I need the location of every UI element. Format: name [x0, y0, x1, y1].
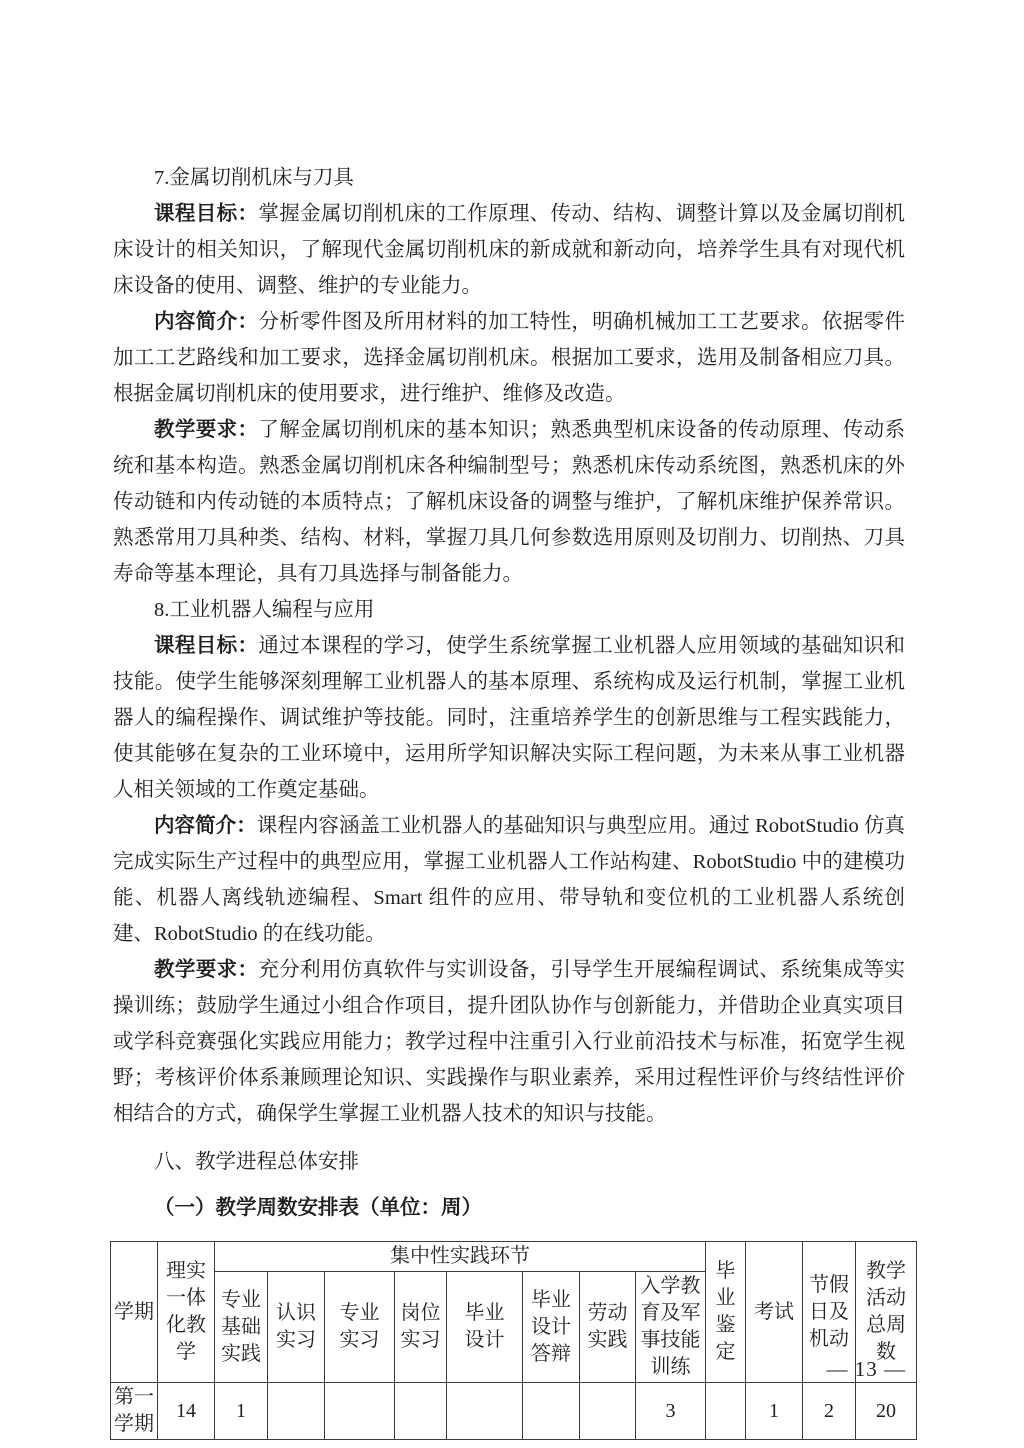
cell-integrated: 14: [158, 1383, 215, 1440]
header-graduation-appraisal: 毕业鉴定: [706, 1242, 746, 1383]
header-labor-practice: 劳动实践: [580, 1272, 636, 1383]
requirements-label: 教学要求：: [154, 959, 258, 981]
cell-graduation-design: [447, 1383, 523, 1440]
course-7-intro-paragraph: 内容简介：分析零件图及所用材料的加工特性，明确机械加工工艺要求。依据零件加工工艺…: [113, 304, 905, 412]
header-basic-practice: 专业基础实践: [215, 1272, 268, 1383]
course-8-intro-paragraph: 内容简介：课程内容涵盖工业机器人的基础知识与典型应用。通过 RobotStudi…: [113, 808, 905, 952]
page-number: — 13 —: [827, 1354, 907, 1384]
header-exam: 考试: [746, 1242, 803, 1383]
cell-total-weeks: 20: [856, 1383, 917, 1440]
table-heading-weeks: （一）教学周数安排表（单位：周）: [113, 1190, 905, 1226]
course-8-title: 8.工业机器人编程与应用: [113, 592, 905, 628]
course-7-requirements-paragraph: 教学要求：了解金属切削机床的基本知识；熟悉典型机床设备的传动原理、传动系统和基本…: [113, 412, 905, 592]
header-semester: 学期: [111, 1242, 158, 1383]
course-8-goal-paragraph: 课程目标：通过本课程的学习，使学生系统掌握工业机器人应用领域的基础知识和技能。使…: [113, 628, 905, 808]
requirements-label: 教学要求：: [154, 419, 258, 441]
cell-cognition-internship: [268, 1383, 325, 1440]
header-integrated-teaching: 理实一体化教学: [158, 1242, 215, 1383]
header-graduation-defense: 毕业设计答辩: [523, 1272, 580, 1383]
goal-label: 课程目标：: [154, 203, 258, 225]
header-major-internship: 专业实习: [325, 1272, 395, 1383]
intro-label: 内容简介：: [154, 311, 258, 333]
requirements-text: 充分利用仿真软件与实训设备，引导学生开展编程调试、系统集成等实操训练；鼓励学生通…: [113, 959, 905, 1125]
cell-holiday-flexible: 2: [803, 1383, 856, 1440]
header-practice-group: 集中性实践环节: [215, 1242, 706, 1272]
requirements-text: 了解金属切削机床的基本知识；熟悉典型机床设备的传动原理、传动系统和基本构造。熟悉…: [113, 419, 905, 585]
intro-label: 内容简介：: [154, 815, 257, 837]
goal-label: 课程目标：: [154, 635, 258, 657]
header-cognition-internship: 认识实习: [268, 1272, 325, 1383]
header-post-internship: 岗位实习: [395, 1272, 447, 1383]
page-body: 7.金属切削机床与刀具 课程目标：掌握金属切削机床的工作原理、传动、结构、调整计…: [113, 160, 905, 1440]
cell-major-internship: [325, 1383, 395, 1440]
table-header-row-1: 学期 理实一体化教学 集中性实践环节 毕业鉴定 考试 节假日及机动 教学活动总周…: [111, 1242, 917, 1272]
document-page: 7.金属切削机床与刀具 课程目标：掌握金属切削机床的工作原理、传动、结构、调整计…: [0, 0, 1024, 1448]
course-7-goal-paragraph: 课程目标：掌握金属切削机床的工作原理、传动、结构、调整计算以及金属切削机床设计的…: [113, 196, 905, 304]
cell-graduation-appraisal: [706, 1383, 746, 1440]
header-enrollment-military-training: 入学教育及军事技能训练: [636, 1272, 706, 1383]
cell-graduation-defense: [523, 1383, 580, 1440]
cell-labor-practice: [580, 1383, 636, 1440]
course-7-title: 7.金属切削机床与刀具: [113, 160, 905, 196]
cell-semester: 第一学期: [111, 1383, 158, 1440]
table-row-semester-1: 第一学期 14 1 3 1 2 20: [111, 1383, 917, 1440]
cell-post-internship: [395, 1383, 447, 1440]
cell-enrollment-military-training: 3: [636, 1383, 706, 1440]
course-8-requirements-paragraph: 教学要求：充分利用仿真软件与实训设备，引导学生开展编程调试、系统集成等实操训练；…: [113, 952, 905, 1132]
section-heading-teaching-schedule: 八、教学进程总体安排: [113, 1144, 905, 1180]
cell-exam: 1: [746, 1383, 803, 1440]
goal-text: 通过本课程的学习，使学生系统掌握工业机器人应用领域的基础知识和技能。使学生能够深…: [113, 635, 905, 801]
teaching-weeks-table: 学期 理实一体化教学 集中性实践环节 毕业鉴定 考试 节假日及机动 教学活动总周…: [110, 1241, 917, 1440]
header-graduation-design: 毕业设计: [447, 1272, 523, 1383]
cell-basic-practice: 1: [215, 1383, 268, 1440]
